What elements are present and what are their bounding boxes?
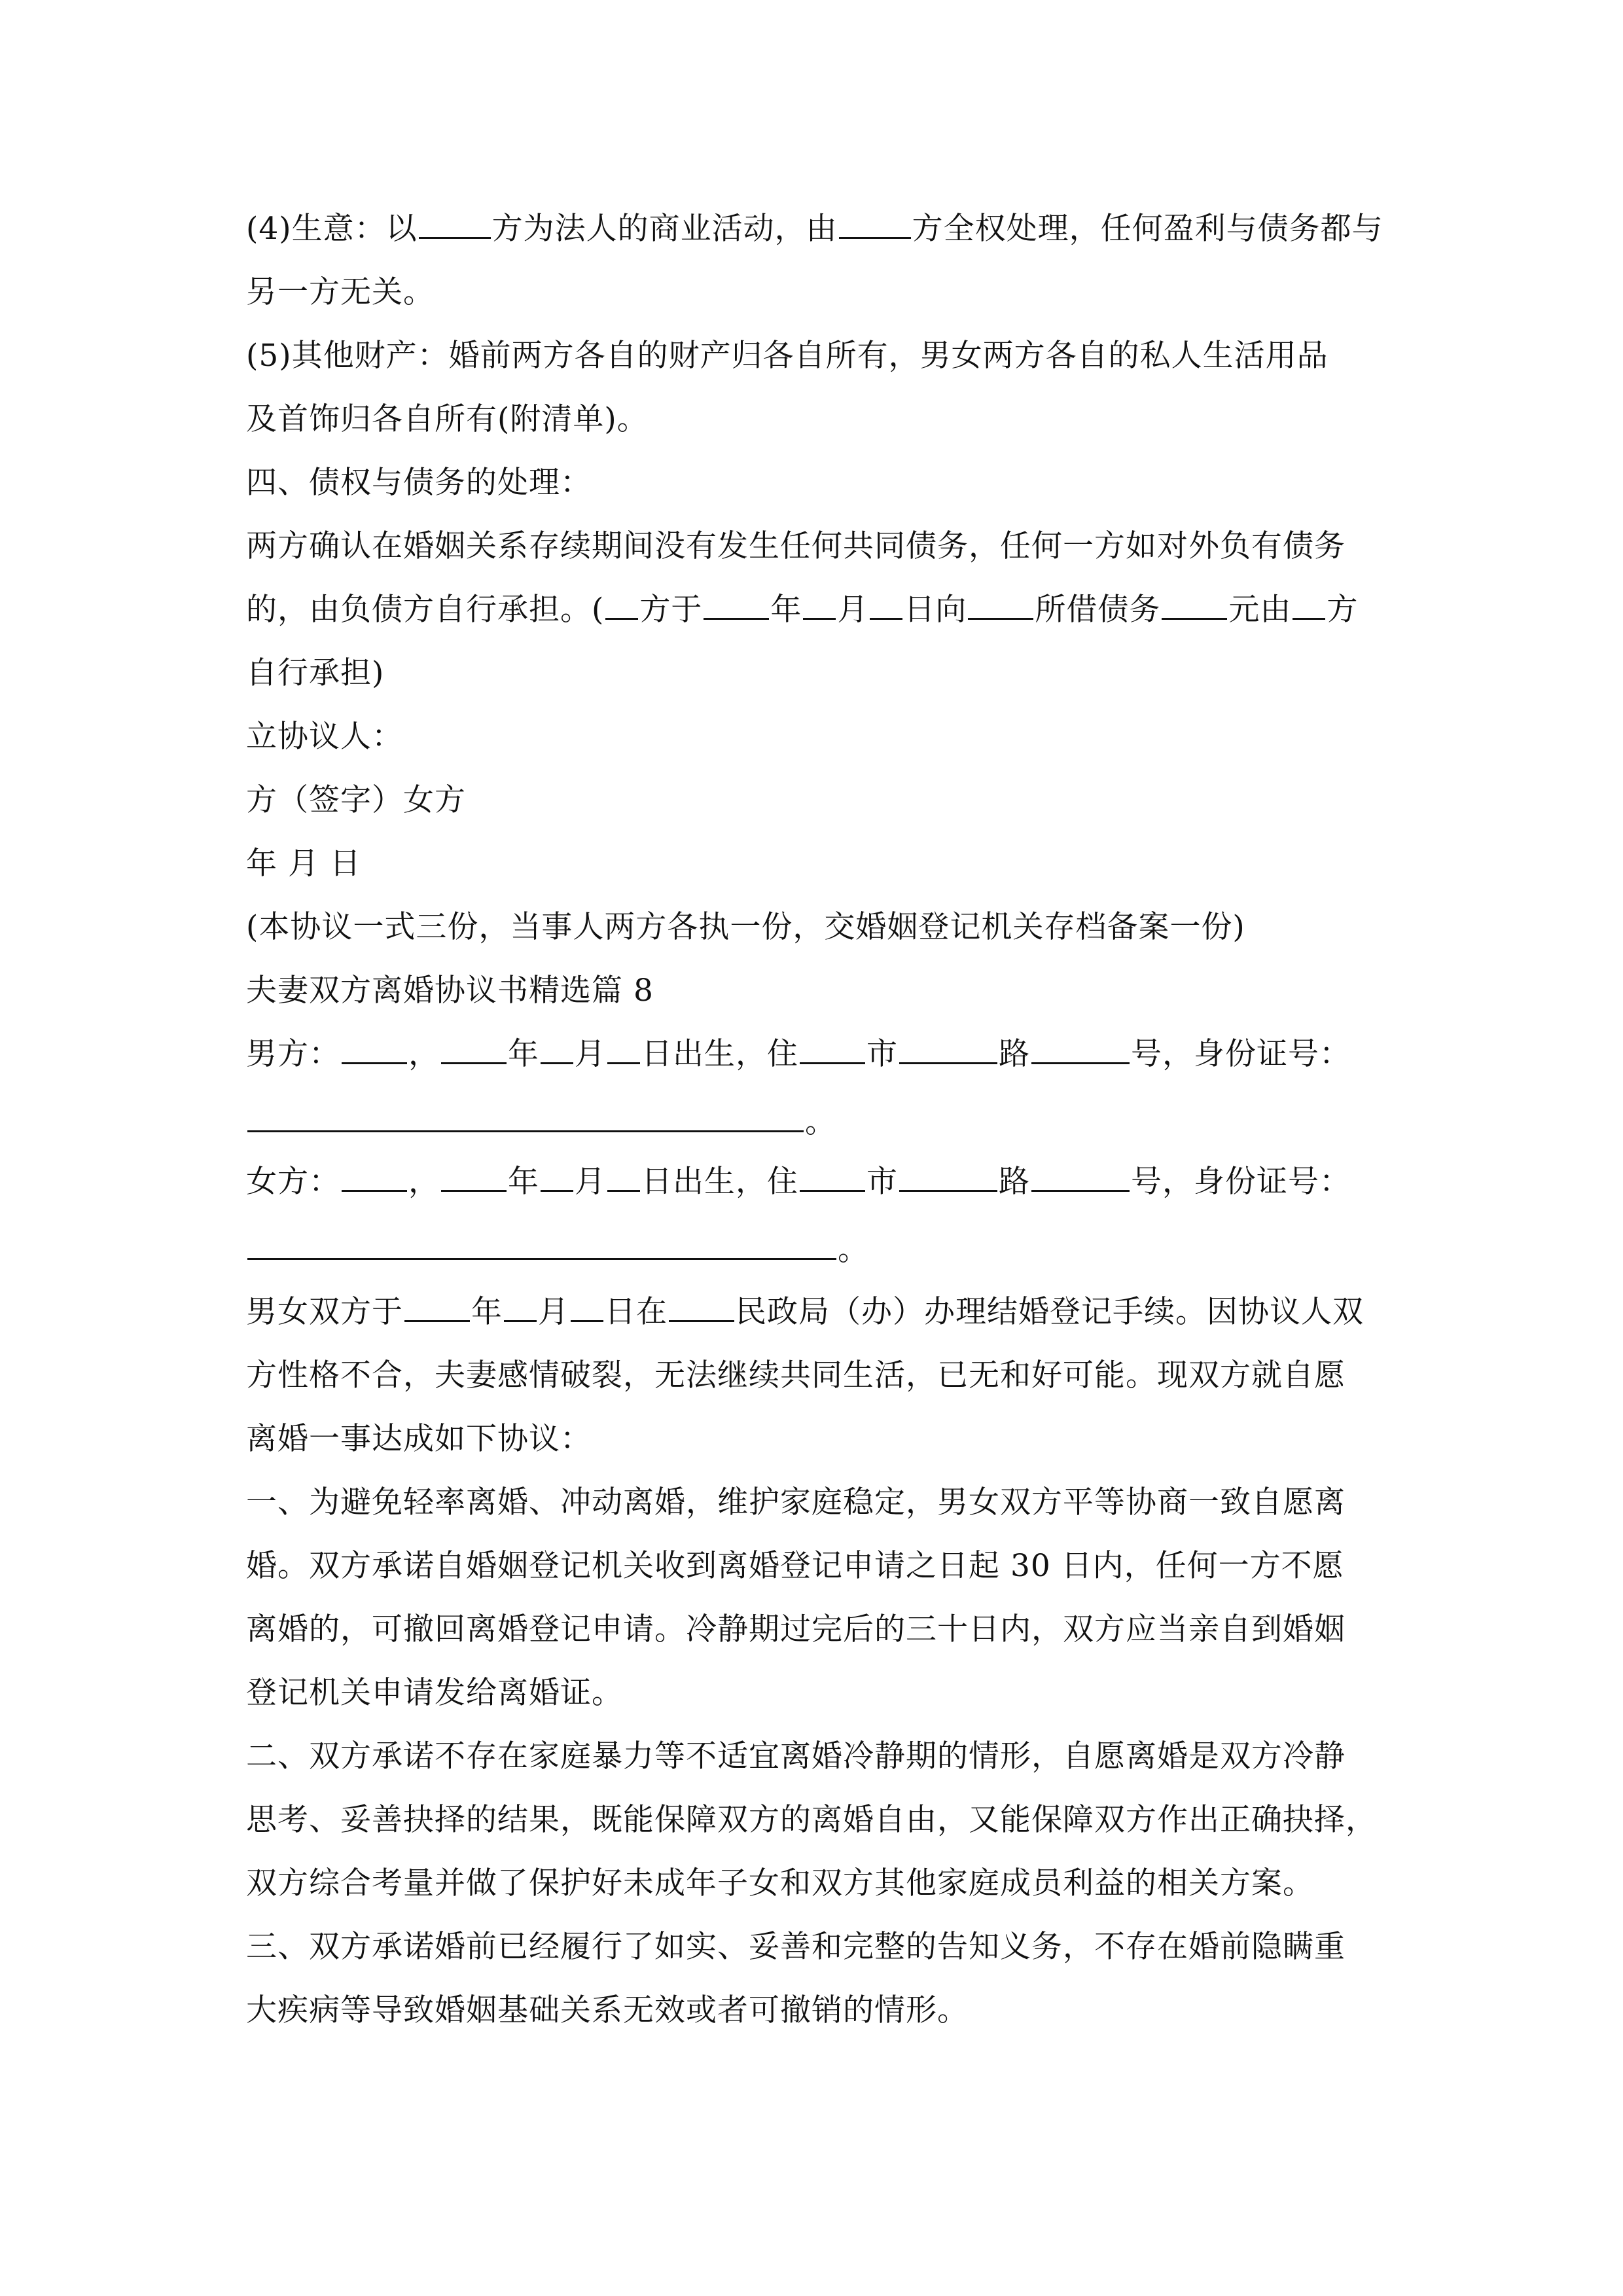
text-segment: 年 月 日 (246, 844, 361, 884)
text-segment: (4)生意：以 (246, 209, 418, 249)
text-segment: 月 (575, 1162, 606, 1202)
fill-in-blank (1162, 592, 1227, 620)
fill-in-blank (247, 1232, 836, 1260)
text-segment: 男方： (246, 1035, 340, 1074)
text-line: 离婚的，可撤回离婚登记申请。冷静期过完后的三十日内，双方应当亲自到婚姻 (246, 1610, 1378, 1649)
fill-in-blank (441, 1164, 507, 1192)
text-segment: 二、双方承诺不存在家庭暴力等不适宜离婚冷静期的情形，自愿离婚是双方冷静 (246, 1737, 1346, 1776)
text-segment: 月 (837, 590, 868, 630)
text-segment: 两方确认在婚姻关系存续期间没有发生任何共同债务，任何一方如对外负有债务 (246, 527, 1346, 566)
fill-in-blank (342, 1164, 407, 1192)
text-line: 婚。双方承诺自婚姻登记机关收到离婚登记申请之日起 30 日内，任何一方不愿 (246, 1547, 1378, 1586)
document-page: (4)生意：以方为法人的商业活动，由方全权处理，任何盈利与债务都与另一方无关。(… (0, 0, 1623, 2296)
fill-in-blank (504, 1294, 537, 1322)
text-line: 四、债权与债务的处理： (246, 463, 1378, 503)
fill-in-blank (1031, 1164, 1130, 1192)
fill-in-blank (839, 211, 911, 239)
text-segment: 月 (538, 1293, 569, 1332)
fill-in-blank (800, 1036, 865, 1064)
text-segment: 。 (838, 1230, 869, 1270)
text-segment: 婚。双方承诺自婚姻登记机关收到离婚登记申请之日起 30 日内，任何一方不愿 (246, 1547, 1344, 1586)
text-line: 立协议人： (246, 717, 1378, 757)
text-segment: 离婚的，可撤回离婚登记申请。冷静期过完后的三十日内，双方应当亲自到婚姻 (246, 1610, 1346, 1649)
text-segment: 方为法人的商业活动，由 (492, 209, 838, 249)
text-line: 女方：，年月日出生，住市路号，身份证号： (246, 1162, 1378, 1202)
fill-in-blank (899, 1036, 997, 1064)
text-segment: 方于 (639, 590, 702, 630)
fill-in-blank (419, 211, 491, 239)
fill-in-blank (704, 592, 769, 620)
text-line: 及首饰归各自所有(附清单)。 (246, 400, 1378, 439)
fill-in-blank (800, 1164, 865, 1192)
fill-in-blank (605, 592, 638, 620)
text-line: (本协议一式三份，当事人两方各执一份，交婚姻登记机关存档备案一份) (246, 908, 1378, 947)
text-line: 方（签字）女方 (246, 781, 1378, 820)
text-segment: 路 (999, 1162, 1030, 1202)
text-segment: 路 (999, 1035, 1030, 1074)
text-segment: 年 (770, 590, 802, 630)
text-segment: ， (408, 1162, 440, 1202)
text-segment: 思考、妥善抉择的结果，既能保障双方的离婚自由，又能保障双方作出正确抉择， (246, 1801, 1377, 1840)
text-line: 年 月 日 (246, 844, 1378, 884)
text-segment: 方（签字）女方 (246, 781, 466, 820)
text-segment: 民政局（办）办理结婚登记手续。因协议人双 (736, 1293, 1364, 1332)
text-segment: 立协议人： (246, 717, 403, 757)
text-line: (4)生意：以方为法人的商业活动，由方全权处理，任何盈利与债务都与 (246, 209, 1378, 249)
text-line: 自行承担) (246, 654, 1378, 693)
fill-in-blank (803, 592, 836, 620)
text-segment: (5)其他财产：婚前两方各自的财产归各自所有，男女两方各自的私人生活用品 (246, 336, 1329, 376)
text-segment: 女方： (246, 1162, 340, 1202)
text-segment: 夫妻双方离婚协议书精选篇 8 (246, 971, 654, 1011)
text-segment: 日在 (605, 1293, 668, 1332)
text-segment: 另一方无关。 (246, 273, 435, 312)
text-segment: 日向 (904, 590, 967, 630)
text-segment: 三、双方承诺婚前已经履行了如实、妥善和完整的告知义务，不存在婚前隐瞒重 (246, 1928, 1346, 1967)
fill-in-blank (541, 1036, 573, 1064)
text-segment: 日出生，住 (641, 1162, 798, 1202)
text-segment: 号，身份证号： (1131, 1035, 1351, 1074)
text-line: 一、为避免轻率离婚、冲动离婚，维护家庭稳定，男女双方平等协商一致自愿离 (246, 1483, 1378, 1522)
text-segment: 月 (575, 1035, 606, 1074)
fill-in-blank (607, 1036, 640, 1064)
fill-in-blank (247, 1104, 804, 1132)
text-line: 二、双方承诺不存在家庭暴力等不适宜离婚冷静期的情形，自愿离婚是双方冷静 (246, 1737, 1378, 1776)
text-line: 离婚一事达成如下协议： (246, 1420, 1378, 1459)
text-segment: 年 (508, 1035, 539, 1074)
text-line: 登记机关申请发给离婚证。 (246, 1674, 1378, 1713)
fill-in-blank (541, 1164, 573, 1192)
text-line: 两方确认在婚姻关系存续期间没有发生任何共同债务，任何一方如对外负有债务 (246, 527, 1378, 566)
text-line: (5)其他财产：婚前两方各自的财产归各自所有，男女两方各自的私人生活用品 (246, 336, 1378, 376)
text-line: 大疾病等导致婚姻基础关系无效或者可撤销的情形。 (246, 1991, 1378, 2030)
fill-in-blank (870, 592, 902, 620)
text-segment: 。 (805, 1103, 836, 1142)
text-segment: 方全权处理，任何盈利与债务都与 (912, 209, 1383, 249)
fill-in-blank (404, 1294, 470, 1322)
fill-in-blank (571, 1294, 603, 1322)
text-line: 男方：，年月日出生，住市路号，身份证号： (246, 1035, 1378, 1074)
text-line: 三、双方承诺婚前已经履行了如实、妥善和完整的告知义务，不存在婚前隐瞒重 (246, 1928, 1378, 1967)
fill-in-blank (441, 1036, 507, 1064)
text-segment: 自行承担) (246, 654, 384, 693)
text-segment: 方 (1327, 590, 1358, 630)
text-segment: 市 (866, 1035, 898, 1074)
text-segment: 所借债务 (1035, 590, 1160, 630)
text-segment: (本协议一式三份，当事人两方各执一份，交婚姻登记机关存档备案一份) (246, 908, 1245, 947)
fill-in-blank (1293, 592, 1325, 620)
text-segment: 及首饰归各自所有(附清单)。 (246, 400, 649, 439)
text-segment: 年 (471, 1293, 503, 1332)
text-line: 方性格不合，夫妻感情破裂，无法继续共同生活，已无和好可能。现双方就自愿 (246, 1356, 1378, 1395)
text-line: 夫妻双方离婚协议书精选篇 8 (246, 971, 1378, 1011)
text-segment: 离婚一事达成如下协议： (246, 1420, 592, 1459)
text-line: 。 (246, 1103, 1378, 1142)
fill-in-blank (968, 592, 1033, 620)
text-segment: ， (408, 1035, 440, 1074)
text-line: 的，由负债方自行承担。(方于年月日向所借债务元由方 (246, 590, 1378, 630)
text-line: 思考、妥善抉择的结果，既能保障双方的离婚自由，又能保障双方作出正确抉择， (246, 1801, 1378, 1840)
text-line: 。 (246, 1230, 1378, 1270)
text-segment: 年 (508, 1162, 539, 1202)
text-line: 男女双方于年月日在民政局（办）办理结婚登记手续。因协议人双 (246, 1293, 1378, 1332)
text-segment: 大疾病等导致婚姻基础关系无效或者可撤销的情形。 (246, 1991, 969, 2030)
text-line: 双方综合考量并做了保护好未成年子女和双方其他家庭成员利益的相关方案。 (246, 1864, 1378, 1903)
fill-in-blank (1031, 1036, 1130, 1064)
fill-in-blank (899, 1164, 997, 1192)
text-segment: 一、为避免轻率离婚、冲动离婚，维护家庭稳定，男女双方平等协商一致自愿离 (246, 1483, 1346, 1522)
text-segment: 日出生，住 (641, 1035, 798, 1074)
fill-in-blank (342, 1036, 407, 1064)
fill-in-blank (669, 1294, 734, 1322)
text-segment: 市 (866, 1162, 898, 1202)
text-segment: 双方综合考量并做了保护好未成年子女和双方其他家庭成员利益的相关方案。 (246, 1864, 1314, 1903)
fill-in-blank (607, 1164, 640, 1192)
text-segment: 元由 (1228, 590, 1291, 630)
text-segment: 四、债权与债务的处理： (246, 463, 592, 503)
text-line: 另一方无关。 (246, 273, 1378, 312)
text-segment: 的，由负债方自行承担。( (246, 590, 604, 630)
text-segment: 方性格不合，夫妻感情破裂，无法继续共同生活，已无和好可能。现双方就自愿 (246, 1356, 1346, 1395)
text-segment: 号，身份证号： (1131, 1162, 1351, 1202)
text-segment: 男女双方于 (246, 1293, 403, 1332)
text-segment: 登记机关申请发给离婚证。 (246, 1674, 623, 1713)
